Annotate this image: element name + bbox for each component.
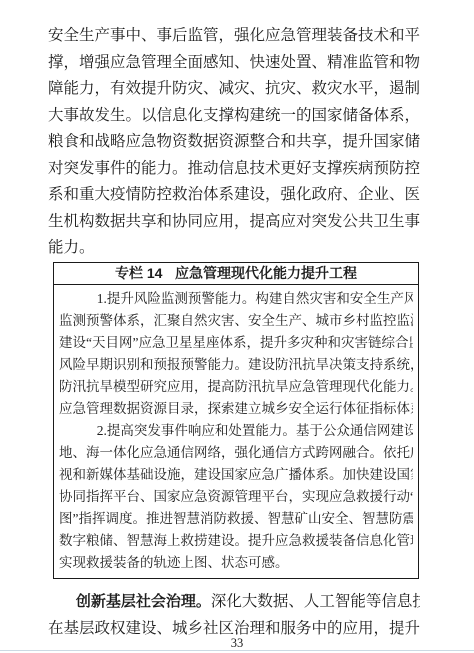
text-line: 撑，增强应急管理全面感知、快速处置、精准监管和物资保: [48, 50, 420, 77]
text-line: 系和重大疫情防控救治体系建设，强化政府、企业、医疗卫: [48, 182, 420, 209]
panel-text-line: 应急管理数据资源目录，探索建立城乡安全运行体征指标体系。: [59, 398, 413, 420]
bold-lead-text: 创新基层社会治理。: [76, 593, 211, 610]
bottom-paragraph: 创新基层社会治理。深化大数据、人工智能等信息技术 在基层政权建设、城乡社区治理和…: [48, 588, 420, 643]
text-line: 安全生产事中、事后监管，强化应急管理装备技术和平台支: [48, 23, 420, 50]
text-span: 深化大数据、人工智能等信息技术: [211, 593, 420, 610]
panel-text-line: 图”指挥调度。推进智慧消防救援、智慧矿山安全、智慧防震减灾、: [59, 508, 413, 530]
text-line: 障能力，有效提升防灾、减灾、抗灾、救灾水平，遏制重特: [48, 76, 420, 103]
document-page: 安全生产事中、事后监管，强化应急管理装备技术和平台支 撑，增强应急管理全面感知、…: [0, 0, 474, 653]
panel-text-line: 2.提高突发事件响应和处置能力。基于公众通信网建设空、天、: [59, 420, 413, 442]
panel-title: 专栏 14应急管理现代化能力提升工程: [54, 263, 418, 285]
panel-text-line: 实现救援装备的轨迹上图、状态可感。: [59, 552, 413, 574]
panel-text-line: 风险早期识别和预报预警能力。建设防汛抗旱决策支持系统，推动: [59, 354, 413, 376]
panel-text-line: 数字粮储、智慧海上救捞建设。提升应急救援装备信息化管理能力，: [59, 530, 413, 552]
panel-text-line: 协同指挥平台、国家应急资源管理平台，实现应急救援行动“一张: [59, 486, 413, 508]
panel-title-text: 应急管理现代化能力提升工程: [175, 265, 357, 281]
page-bottom-edge-line: [0, 650, 474, 651]
top-paragraph: 安全生产事中、事后监管，强化应急管理装备技术和平台支 撑，增强应急管理全面感知、…: [48, 23, 420, 262]
panel-text-line: 监测预警体系，汇聚自然灾害、安全生产、城市乡村监控监测资源，: [59, 310, 413, 332]
text-line: 对突发事件的能力。推动信息技术更好支撑疾病预防控制体: [48, 156, 420, 183]
panel-text-line: 1.提升风险监测预警能力。构建自然灾害和安全生产风险综合: [59, 288, 413, 310]
panel-text-line: 视和新媒体基础设施，建设国家应急广播体系。加快建设国家应急: [59, 464, 413, 486]
text-line: 能力。: [48, 235, 420, 262]
text-line: 创新基层社会治理。深化大数据、人工智能等信息技术: [48, 588, 420, 616]
panel-body: 1.提升风险监测预警能力。构建自然灾害和安全生产风险综合 监测预警体系，汇聚自然…: [54, 285, 418, 578]
panel-text-line: 建设“天目网”应急卫星星座体系，提升多灾种和灾害链综合监测、: [59, 332, 413, 354]
text-line: 大事故发生。以信息化支撑构建统一的国家储备体系，强化: [48, 103, 420, 130]
text-line: 粮食和战略应急物资数据资源整合和共享，提升国家储备应: [48, 129, 420, 156]
text-line: 生机构数据共享和协同应用，提高应对突发公共卫生事件的: [48, 209, 420, 236]
panel-text-line: 地、海一体化应急通信网络，强化通信方式跨网融合。依托广播电: [59, 442, 413, 464]
panel-title-label: 专栏 14: [115, 265, 162, 281]
feature-panel-14: 专栏 14应急管理现代化能力提升工程 1.提升风险监测预警能力。构建自然灾害和安…: [53, 262, 419, 579]
panel-text-line: 防汛抗旱模型研究应用，提高防汛抗旱应急管理现代化能力。健全: [59, 376, 413, 398]
page-number: 33: [0, 636, 474, 650]
